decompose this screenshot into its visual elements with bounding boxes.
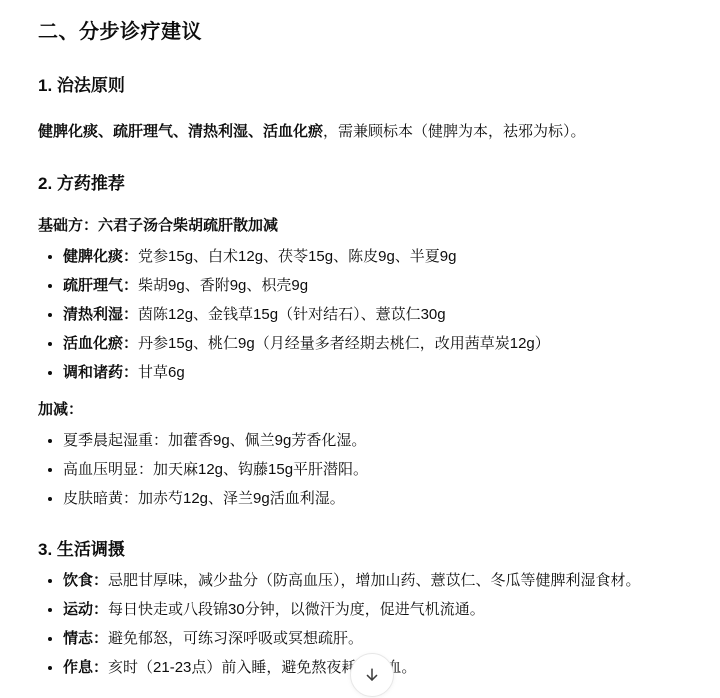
document-body: 二、分步诊疗建议 1. 治法原则 健脾化痰、疏肝理气、清热利湿、活血化瘀，需兼顾… xyxy=(0,0,720,679)
formula-item-text: 丹参15g、桃仁9g（月经量多者经期去桃仁，改用茜草炭12g） xyxy=(138,335,550,352)
list-item: 健脾化痰：党参15g、白术12g、茯苓15g、陈皮9g、半夏9g xyxy=(63,246,700,268)
list-item: 清热利湿：茵陈12g、金钱草15g（针对结石）、薏苡仁30g xyxy=(63,304,700,326)
formula-item-text: 甘草6g xyxy=(138,364,185,381)
formula-item-text: 党参15g、白术12g、茯苓15g、陈皮9g、半夏9g xyxy=(138,248,456,265)
list-item: 夏季晨起湿重：加藿香9g、佩兰9g芳香化湿。 xyxy=(63,430,700,452)
formula-item-text: 茵陈12g、金钱草15g（针对结石）、薏苡仁30g xyxy=(138,306,446,323)
list-item: 情志：避免郁怒，可练习深呼吸或冥想疏肝。 xyxy=(63,628,700,650)
lifestyle-item-text: 每日快走或八段锦30分钟，以微汗为度，促进气机流通。 xyxy=(108,601,485,618)
list-item: 疏肝理气：柴胡9g、香附9g、枳壳9g xyxy=(63,275,700,297)
arrow-down-icon xyxy=(362,665,382,685)
formula-item-label: 清热利湿： xyxy=(63,306,138,323)
lifestyle-item-label: 情志： xyxy=(63,630,108,647)
treatment-principles-rest: ，需兼顾标本（健脾为本，祛邪为标）。 xyxy=(323,123,586,140)
scroll-to-bottom-button[interactable] xyxy=(350,653,394,697)
list-item: 调和诸药：甘草6g xyxy=(63,362,700,384)
lifestyle-item-text: 忌肥甘厚味，减少盐分（防高血压），增加山药、薏苡仁、冬瓜等健脾利湿食材。 xyxy=(108,572,641,589)
adjustments-label: 加减： xyxy=(38,398,700,422)
section-heading-prescription: 2. 方药推荐 xyxy=(38,172,700,196)
lifestyle-item-text: 避免郁怒，可练习深呼吸或冥想疏肝。 xyxy=(108,630,363,647)
section-heading-lifestyle: 3. 生活调摄 xyxy=(38,538,700,562)
formula-item-label: 调和诸药： xyxy=(63,364,138,381)
treatment-principles-paragraph: 健脾化痰、疏肝理气、清热利湿、活血化瘀，需兼顾标本（健脾为本，祛邪为标）。 xyxy=(38,120,700,144)
page-title: 二、分步诊疗建议 xyxy=(38,18,700,46)
list-item: 运动：每日快走或八段锦30分钟，以微汗为度，促进气机流通。 xyxy=(63,599,700,621)
formula-item-text: 柴胡9g、香附9g、枳壳9g xyxy=(138,277,308,294)
formula-item-label: 疏肝理气： xyxy=(63,277,138,294)
list-item: 皮肤暗黄：加赤芍12g、泽兰9g活血利湿。 xyxy=(63,488,700,510)
list-item: 饮食：忌肥甘厚味，减少盐分（防高血压），增加山药、薏苡仁、冬瓜等健脾利湿食材。 xyxy=(63,570,700,592)
formula-item-label: 活血化瘀： xyxy=(63,335,138,352)
formula-list: 健脾化痰：党参15g、白术12g、茯苓15g、陈皮9g、半夏9g 疏肝理气：柴胡… xyxy=(38,246,700,384)
list-item: 活血化瘀：丹参15g、桃仁9g（月经量多者经期去桃仁，改用茜草炭12g） xyxy=(63,333,700,355)
adjustments-list: 夏季晨起湿重：加藿香9g、佩兰9g芳香化湿。 高血压明显：加天麻12g、钩藤15… xyxy=(38,430,700,510)
lifestyle-item-label: 运动： xyxy=(63,601,108,618)
section-heading-treatment-principles: 1. 治法原则 xyxy=(38,74,700,98)
list-item: 高血压明显：加天麻12g、钩藤15g平肝潜阳。 xyxy=(63,459,700,481)
lifestyle-item-label: 作息： xyxy=(63,659,108,676)
formula-item-label: 健脾化痰： xyxy=(63,248,138,265)
lifestyle-item-label: 饮食： xyxy=(63,572,108,589)
base-formula-line: 基础方：六君子汤合柴胡疏肝散加减 xyxy=(38,214,700,238)
treatment-principles-bold: 健脾化痰、疏肝理气、清热利湿、活血化瘀 xyxy=(38,123,323,140)
